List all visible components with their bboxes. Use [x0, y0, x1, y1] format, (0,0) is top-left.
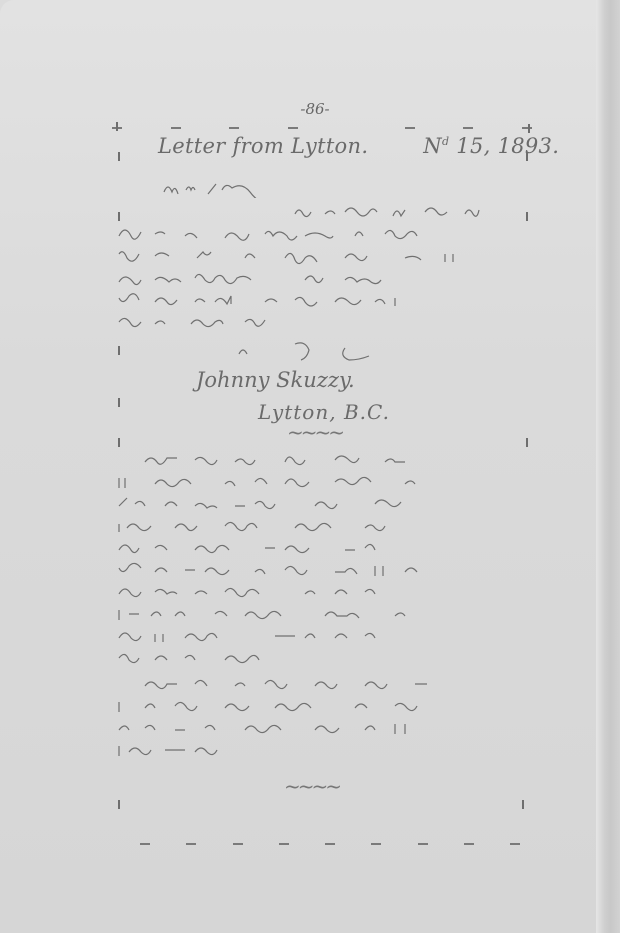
frame-tick	[118, 398, 120, 407]
shorthand-paragraph-2	[115, 448, 533, 668]
shorthand-line	[115, 716, 533, 738]
frame-bottom-dashes	[140, 843, 520, 845]
shorthand-line	[115, 492, 533, 514]
shorthand-line	[115, 646, 533, 668]
shorthand-line	[115, 602, 533, 624]
separator-tilde: ~~~~	[287, 420, 342, 444]
heading-date: Nd 15, 1893.	[423, 134, 559, 158]
shorthand-greeting	[160, 176, 300, 198]
shorthand-line	[115, 288, 533, 310]
letter-heading: Letter from Lytton. Nd 15, 1893.	[158, 134, 559, 158]
signature-name: Johnny Skuzzy.	[196, 368, 355, 392]
shorthand-line	[115, 738, 533, 760]
shorthand-line	[115, 244, 533, 266]
frame-tick	[526, 438, 528, 447]
shorthand-line	[115, 310, 533, 332]
frame-tick	[118, 800, 120, 809]
shorthand-line	[115, 536, 533, 558]
shorthand-line	[115, 200, 533, 222]
heading-title: Letter from Lytton.	[158, 134, 368, 158]
page-edge-shadow	[596, 0, 620, 933]
shorthand-line	[160, 176, 300, 198]
shorthand-line	[115, 448, 533, 470]
shorthand-paragraph-3	[115, 672, 533, 760]
shorthand-line	[115, 672, 533, 694]
frame-tick	[522, 800, 524, 809]
shorthand-line	[235, 340, 395, 362]
separator-tilde: ~~~~	[284, 774, 339, 798]
shorthand-line	[115, 694, 533, 716]
shorthand-line	[115, 514, 533, 536]
frame-tick	[116, 122, 118, 131]
page-number: -86-	[280, 100, 350, 118]
shorthand-line	[115, 470, 533, 492]
frame-tick	[118, 152, 120, 161]
shorthand-line	[115, 266, 533, 288]
shorthand-line	[115, 624, 533, 646]
shorthand-paragraph-1	[115, 200, 533, 332]
shorthand-line	[115, 558, 533, 580]
shorthand-line	[115, 580, 533, 602]
shorthand-line	[115, 222, 533, 244]
shorthand-closing	[235, 340, 395, 362]
frame-tick	[528, 124, 530, 133]
frame-tick	[118, 438, 120, 447]
frame-tick	[118, 346, 120, 355]
frame-top-dashes	[112, 127, 532, 129]
frame-tick	[526, 152, 528, 161]
